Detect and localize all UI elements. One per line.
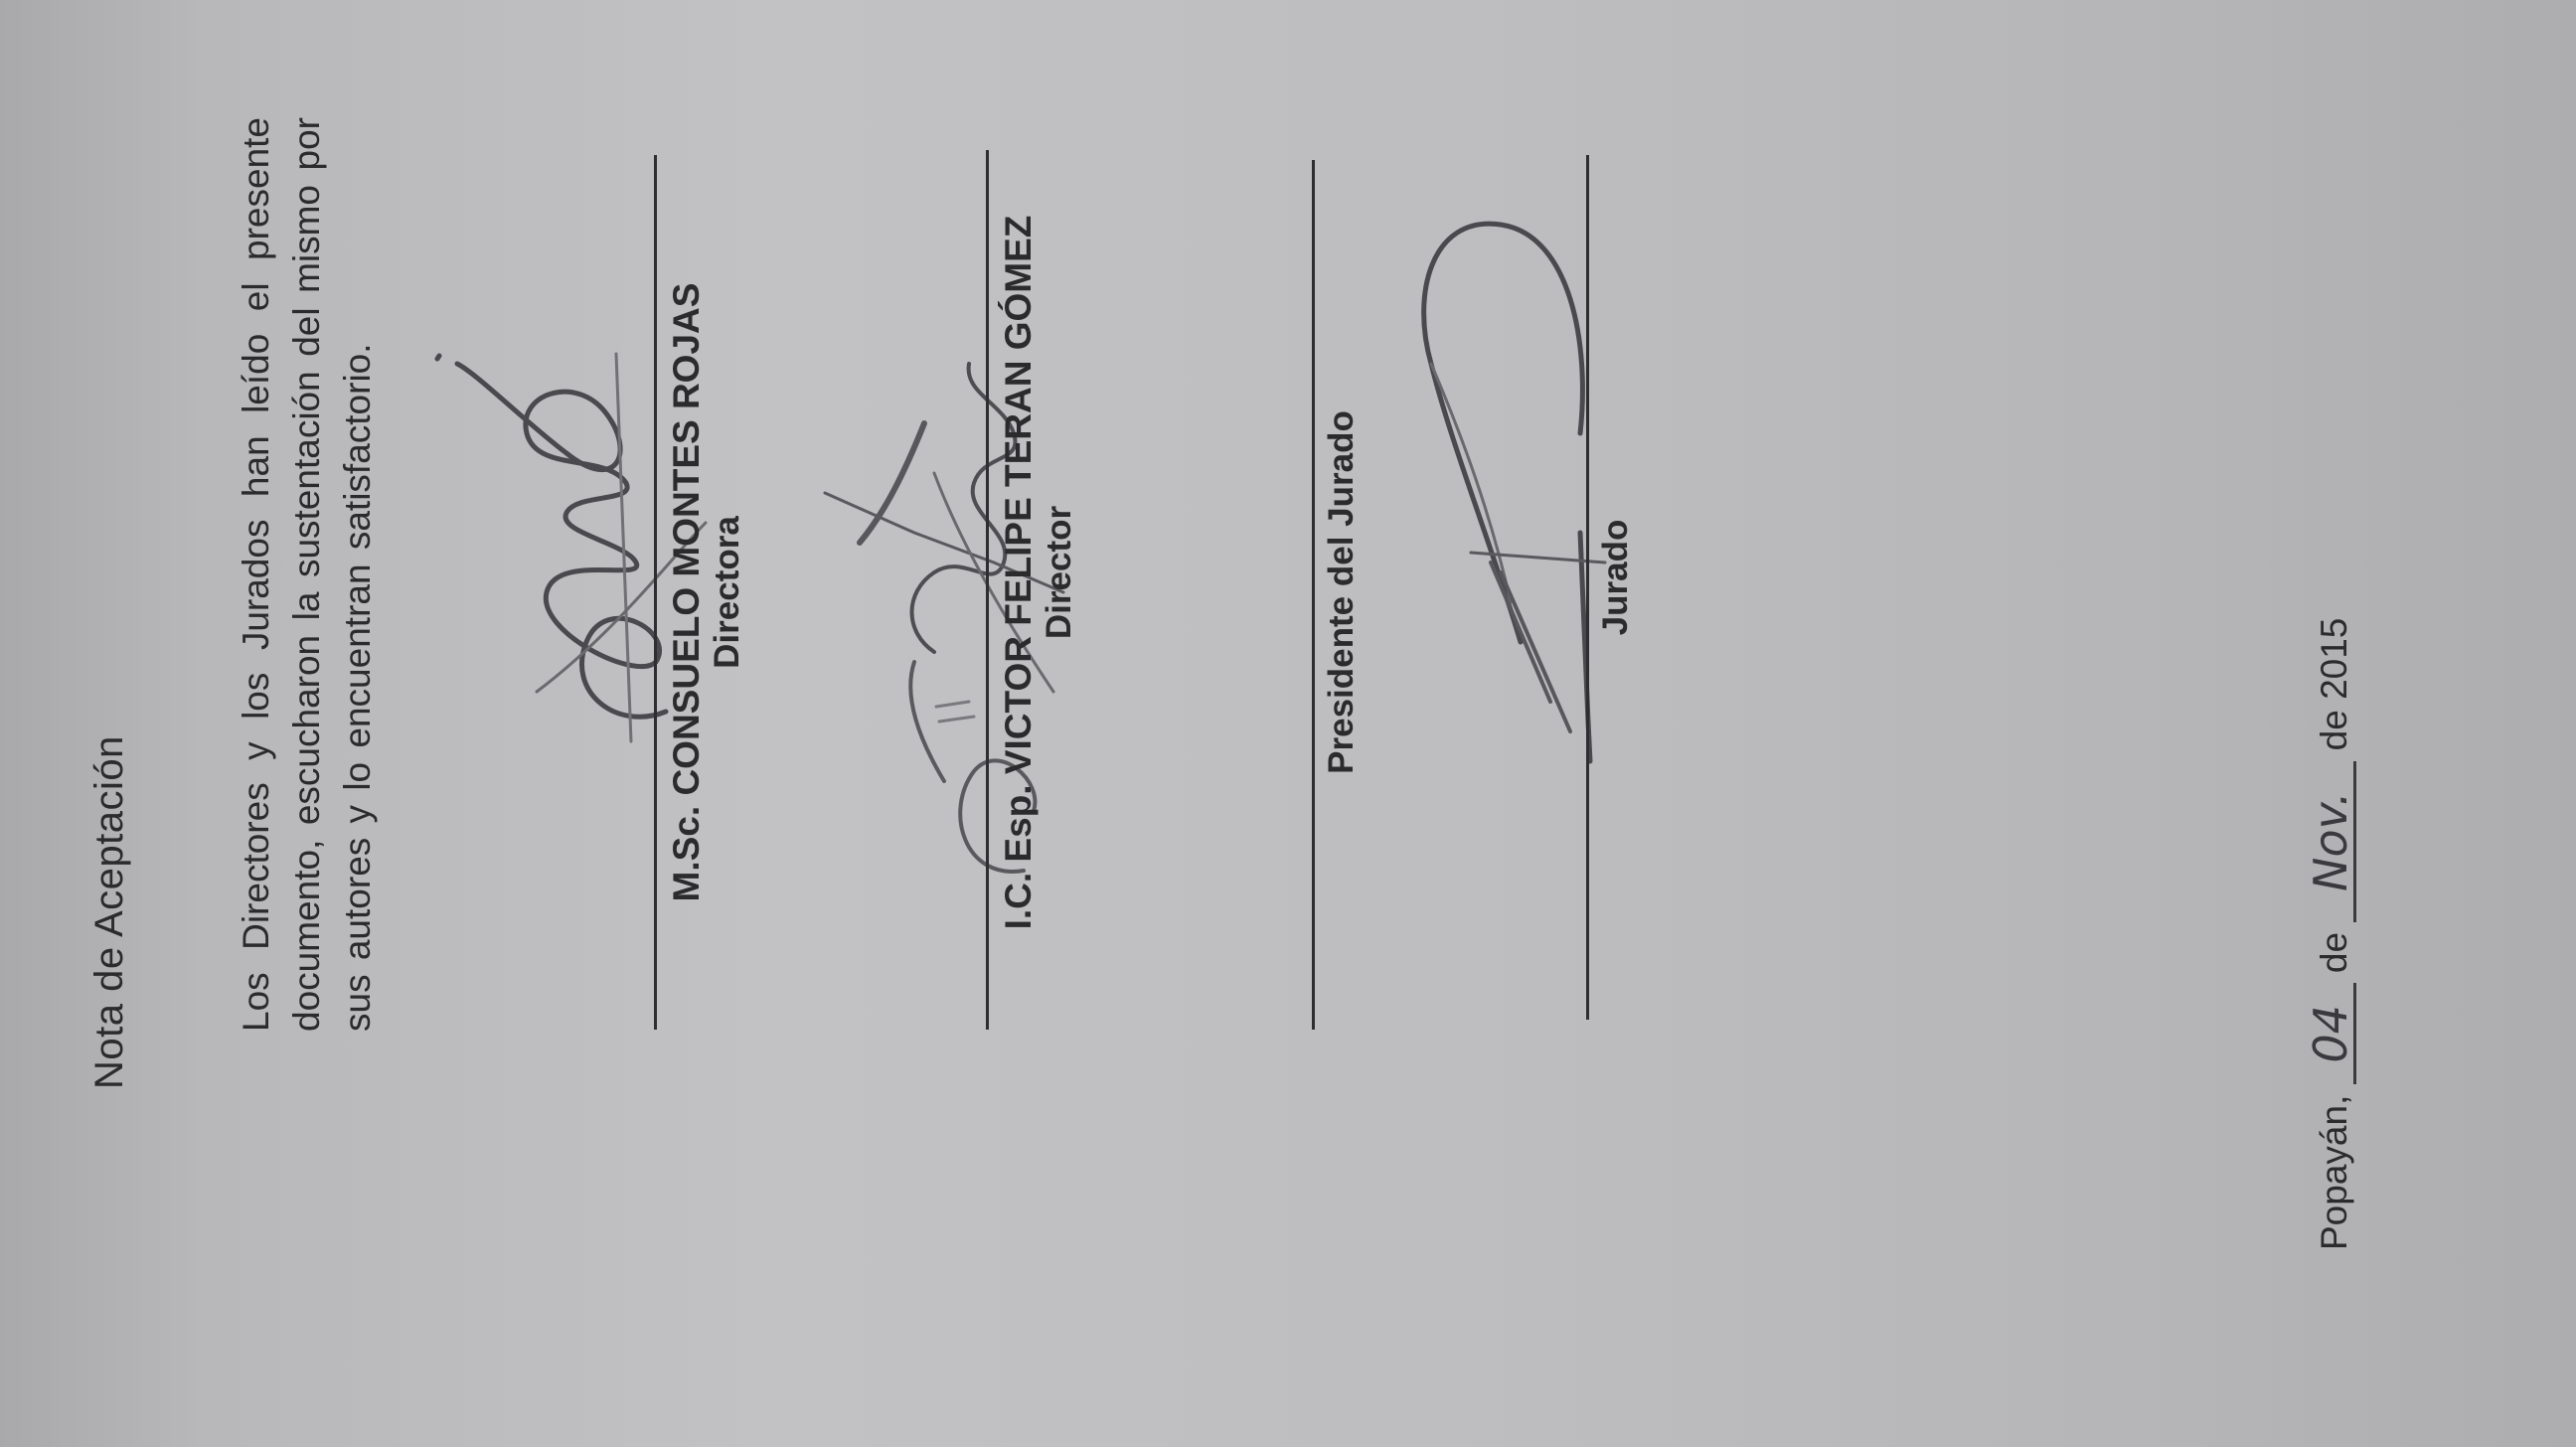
signer-role-director: Director (1040, 125, 1079, 1020)
document-page: Nota de Aceptación Los Directores y los … (0, 0, 2576, 1447)
date-month-handwritten: Nov. (2308, 761, 2356, 922)
signer-role-directora: Directora (708, 145, 747, 1040)
photo-frame: Nota de Aceptación Los Directores y los … (0, 0, 2576, 1447)
signature-line-presidente-jurado (1312, 160, 1315, 1030)
signature-line-director (986, 150, 989, 1030)
signature-line-directora (654, 155, 657, 1030)
date-connector: de (2314, 932, 2354, 973)
date-city: Popayán, (2314, 1095, 2354, 1250)
signer-name-director: I.C. Esp. VICTOR FELIPE TERAN GÓMEZ (998, 125, 1040, 1020)
signature-line-jurado (1586, 155, 1589, 1020)
signer-role-jurado: Jurado (1596, 130, 1636, 1025)
date-year: de 2015 (2314, 618, 2354, 751)
acceptance-paragraph: Los Directores y los Jurados han leído e… (231, 117, 383, 1032)
page-title: Nota de Aceptación (87, 735, 132, 1089)
date-line: Popayán, 04 de Nov. de 2015 (2308, 618, 2356, 1250)
signer-name-directora: M.Sc. CONSUELO MONTES ROJAS (666, 145, 708, 1040)
signature-scribble-jurado (1322, 205, 1610, 761)
date-day-handwritten: 04 (2308, 983, 2356, 1084)
